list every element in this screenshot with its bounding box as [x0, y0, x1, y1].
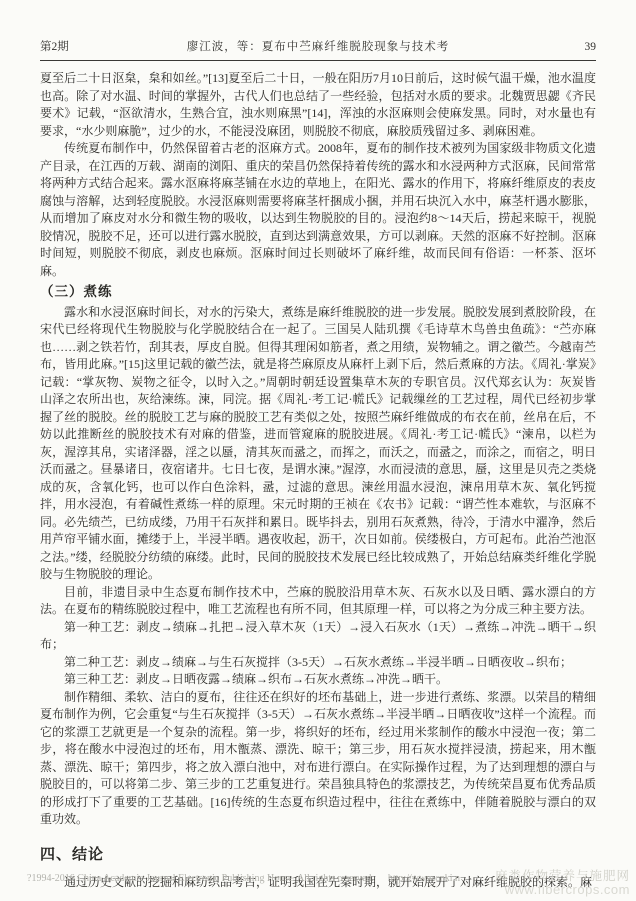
paragraph: 传统夏布制作中，仍然保留着古老的沤麻方式。2008年，夏布的制作技术被列为国家级… — [40, 140, 596, 280]
article-body: 夏至后二十日沤枲，枲和如丝。”[13]夏至后二十日，一般在阳历7月10日前后，这… — [40, 70, 596, 892]
running-title: 廖江波，等：夏布中苎麻纤维脱胶现象与技术考 — [130, 38, 506, 54]
header-divider — [40, 60, 596, 61]
cnki-url: http://www.cnki.n — [388, 873, 460, 884]
journal-issue: 第2期 — [40, 38, 130, 54]
paragraph: 夏至后二十日沤枲，枲和如丝。”[13]夏至后二十日，一般在阳历7月10日前后，这… — [40, 70, 596, 140]
paragraph: 制作精细、柔软、洁白的夏布，往往还在织好的坯布基础上，进一步进行煮练、浆漂。以荣… — [40, 689, 596, 829]
paragraph: 目前，非遗目录中生态夏布制作技术中，苎麻的脱胶沿用草木灰、石灰水以及日晒、露水漂… — [40, 584, 596, 619]
document-page: 第2期 廖江波，等：夏布中苎麻纤维脱胶现象与技术考 39 夏至后二十日沤枲，枲和… — [0, 0, 636, 901]
page-footer: ?1994-2016 China Academic Journal Electr… — [27, 873, 460, 884]
section-heading-conclusion: 四、结论 — [40, 846, 596, 864]
page-header: 第2期 廖江波，等：夏布中苎麻纤维脱胶现象与技术考 39 — [40, 38, 596, 54]
page-number: 39 — [506, 41, 596, 53]
section-heading-cooking: （三）煮练 — [40, 283, 596, 301]
copyright-notice: ?1994-2016 China Academic Journal Electr… — [27, 873, 374, 884]
paragraph-process-2: 第二种工艺：剥皮→绩麻→与生石灰搅拌（3-5天）→石灰水煮练→半浸半晒→日晒夜收… — [40, 654, 596, 672]
paragraph: 露水和水浸沤麻时间长，对水的污染大，煮练是麻纤维脱胶的进一步发展。脱胶发展到煮胶… — [40, 304, 596, 584]
paragraph-process-1: 第一种工艺：剥皮→绩麻→扎把→浸入草木灰（1天）→浸入石灰水（1天）→煮练→冲洗… — [40, 619, 596, 654]
paragraph-process-3: 第三种工艺：剥皮→日晒夜露→绩麻→织布→石灰水煮练→冲洗→晒干。 — [40, 671, 596, 689]
